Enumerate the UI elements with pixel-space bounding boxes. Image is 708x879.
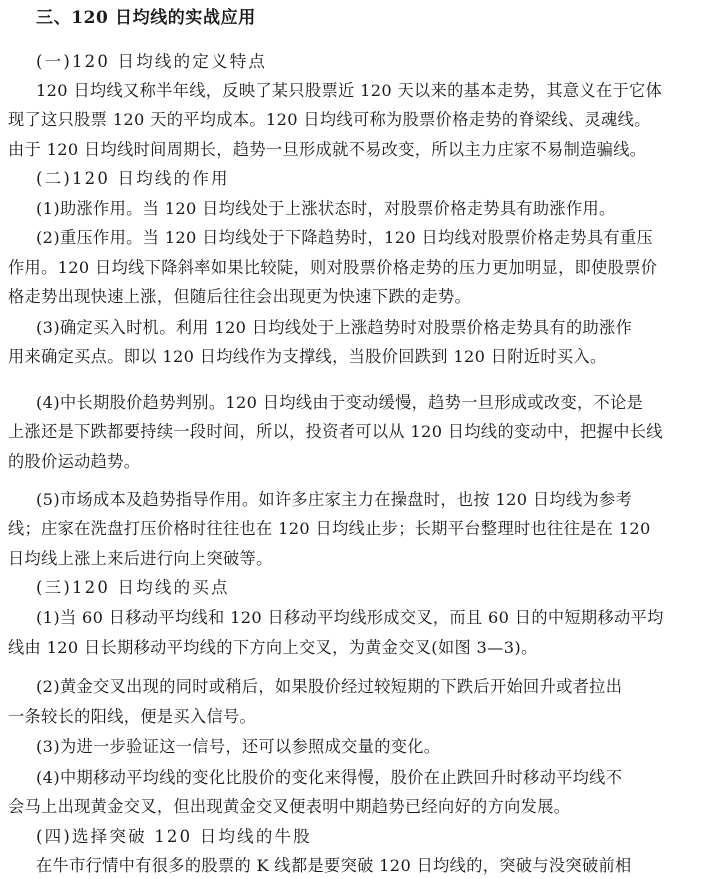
paragraph-line: (3)确定买入时机。利用 120 日均线处于上涨趋势时对股票价格走势具有的助涨作 — [36, 318, 632, 338]
paragraph-line: 的股价运动趋势。 — [8, 452, 140, 472]
paragraph-line: 线由 120 日长期移动平均线的下方向上交叉，为黄金交叉(如图 3—3)。 — [8, 638, 538, 658]
paragraph-line: (1)当 60 日移动平均线和 120 日移动平均线形成交叉，而且 60 日的中… — [36, 608, 664, 628]
paragraph-line: (3)为进一步验证这一信号，还可以参照成交量的变化。 — [36, 737, 440, 757]
paragraph-line: (2)黄金交叉出现的同时或稍后，如果股价经过较短期的下跌后开始回升或者拉出 — [36, 677, 622, 697]
paragraph-line: (1)助涨作用。当 120 日均线处于上涨状态时，对股票价格走势具有助涨作用。 — [36, 199, 616, 219]
document-page: 三、120 日均线的实战应用 (一)120 日均线的定义特点 120 日均线又称… — [0, 0, 708, 879]
subsection-heading-2: (二)120 日均线的作用 — [36, 169, 230, 189]
section-title: 三、120 日均线的实战应用 — [36, 8, 256, 28]
paragraph-line: 格走势出现快速上涨，但随后往往会出现更为快速下跌的走势。 — [8, 287, 471, 307]
paragraph-line: 线；庄家在洗盘打压价格时往往也在 120 日均线止步；长期平台整理时也往往是在 … — [8, 519, 651, 539]
paragraph-line: 120 日均线又称半年线，反映了某只股票近 120 天以来的基本走势，其意义在于… — [36, 81, 662, 101]
paragraph-line: 现了这只股票 120 天的平均成本。120 日均线可称为股票价格走势的脊梁线、灵… — [8, 110, 651, 130]
paragraph-line: 作用。120 日均线下降斜率如果比较陡，则对股票价格走势的压力更加明显，即使股票… — [8, 258, 657, 278]
paragraph-line: (5)市场成本及趋势指导作用。如许多庄家主力在操盘时，也按 120 日均线为参考 — [36, 490, 632, 510]
paragraph-line: 用来确定买点。即以 120 日均线作为支撑线，当股价回跌到 120 日附近时买入… — [8, 347, 607, 367]
paragraph-line: 日均线上涨上来后进行向上突破等。 — [8, 549, 273, 569]
paragraph-line: 一条较长的阳线，便是买入信号。 — [8, 707, 256, 727]
subsection-heading-4: (四)选择突破 120 日均线的牛股 — [36, 827, 312, 847]
paragraph-line: 在牛市行情中有很多的股票的 K 线都是要突破 120 日均线的，突破与没突破前相 — [36, 856, 632, 876]
paragraph-line: 会马上出现黄金交叉，但出现黄金交叉便表明中期趋势已经向好的方向发展。 — [8, 797, 570, 817]
paragraph-line: (2)重压作用。当 120 日均线处于下降趋势时，120 日均线对股票价格走势具… — [36, 228, 653, 248]
paragraph-line: 上涨还是下跌都要持续一段时间，所以，投资者可以从 120 日均线的变动中，把握中… — [8, 422, 663, 442]
subsection-heading-3: (三)120 日均线的买点 — [36, 578, 230, 598]
paragraph-line: 由于 120 日均线时间周期长，趋势一旦形成就不易改变，所以主力庄家不易制造骗线… — [8, 140, 646, 160]
paragraph-line: (4)中期移动平均线的变化比股价的变化来得慢，股价在止跌回升时移动平均线不 — [36, 768, 622, 788]
subsection-heading-1: (一)120 日均线的定义特点 — [36, 52, 267, 72]
paragraph-line: (4)中长期股价趋势判别。120 日均线由于变动缓慢，趋势一旦形成或改变，不论是 — [36, 393, 643, 413]
